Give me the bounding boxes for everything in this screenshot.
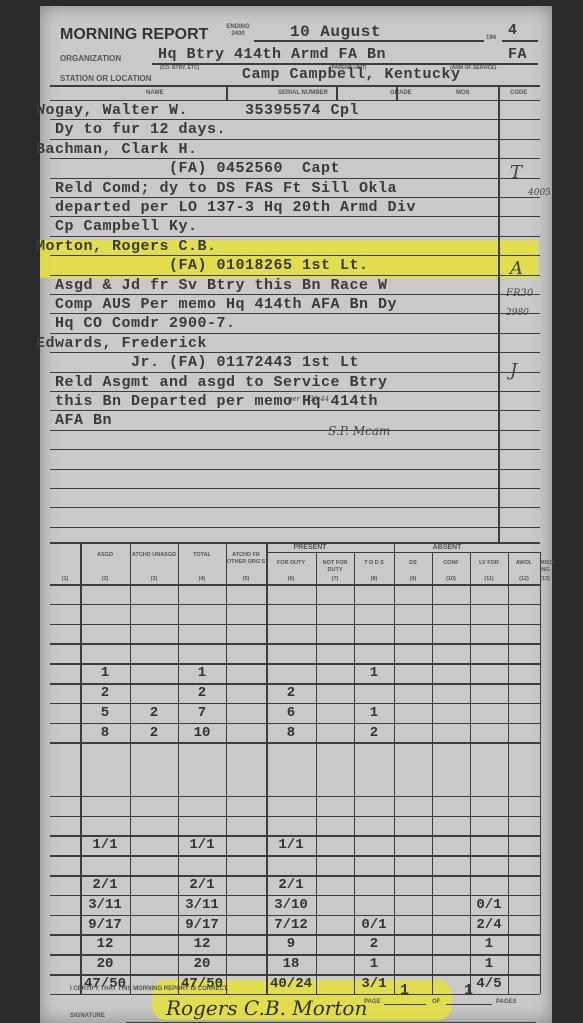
organization: Hq Btry 414th Armd FA Bn bbox=[158, 46, 386, 63]
table-cell: 2 bbox=[354, 725, 394, 741]
group-present: PRESENT bbox=[266, 544, 354, 551]
column-number: (1) bbox=[50, 576, 80, 583]
ending-label: ENDING 2400 bbox=[224, 24, 252, 38]
group-absent: ABSENT bbox=[354, 544, 540, 551]
table-cell: 9 bbox=[266, 936, 316, 952]
code-annotation: A bbox=[510, 258, 523, 279]
entry-line: Wogay, Walter W. 35395574 Cpl bbox=[36, 102, 359, 119]
table-cell: 1 bbox=[470, 936, 508, 952]
table-cell: 1/1 bbox=[178, 837, 226, 853]
column-header: LV FOR bbox=[470, 560, 508, 567]
report-date: 10 August bbox=[290, 23, 381, 41]
table-cell: 1 bbox=[178, 665, 226, 681]
column-header: ASGD bbox=[80, 552, 130, 559]
column-number: (8) bbox=[354, 576, 394, 583]
table-cell: 8 bbox=[80, 725, 130, 741]
entry-line: Edwards, Frederick bbox=[36, 335, 207, 352]
column-number: (7) bbox=[316, 576, 354, 583]
entry-line: Hq CO Comdr 2900-7. bbox=[36, 315, 236, 332]
year-prefix: 194 bbox=[486, 35, 496, 41]
entry-line: Jr. (FA) 01172443 1st Lt bbox=[36, 354, 359, 371]
table-cell: 9/17 bbox=[80, 917, 130, 933]
column-number: (11) bbox=[470, 576, 508, 583]
entry-line: Dy to fur 12 days. bbox=[36, 121, 226, 138]
table-cell: 12 bbox=[80, 936, 130, 952]
table-cell: 40/24 bbox=[266, 976, 316, 992]
code-annotation: 2980 bbox=[506, 308, 529, 318]
table-cell: 2 bbox=[130, 705, 178, 721]
page-number: 1 bbox=[400, 982, 410, 999]
table-cell: 0/1 bbox=[354, 917, 394, 933]
code-annotation: 4005 bbox=[528, 188, 551, 198]
col-serial: SERIAL NUMBER bbox=[278, 90, 328, 96]
initials: S.P. Mcam bbox=[328, 424, 390, 438]
entry-line: Comp AUS Per memo Hq 414th AFA Bn Dy bbox=[36, 296, 397, 313]
signature: Rogers C.B. Morton bbox=[166, 996, 367, 1020]
column-header: TOTAL bbox=[178, 552, 226, 559]
table-cell: 10 bbox=[178, 725, 226, 741]
entry-line: Morton, Rogers C.B. bbox=[36, 238, 217, 255]
column-header: ATCHD UNASGD bbox=[130, 552, 178, 559]
table-cell: 1 bbox=[80, 665, 130, 681]
table-cell: 1/1 bbox=[266, 837, 316, 853]
column-header: AWOL bbox=[508, 560, 540, 567]
col-mos: MOS bbox=[456, 90, 470, 96]
certify-text: I CERTIFY THAT THIS MORNING REPORT IS CO… bbox=[70, 986, 228, 992]
column-header: CONF bbox=[432, 560, 470, 567]
code-annotation: J bbox=[510, 360, 517, 381]
organization-label: ORGANIZATION bbox=[60, 54, 121, 63]
table-cell: 5 bbox=[80, 705, 130, 721]
table-cell: 4/5 bbox=[470, 976, 508, 992]
table-cell: 2/4 bbox=[470, 917, 508, 933]
entry-line: Reld Comd; dy to DS FAS Ft Sill Okla bbox=[36, 180, 397, 197]
entry-line: departed per LO 137-3 Hq 20th Armd Div bbox=[36, 199, 416, 216]
table-cell: 2 bbox=[266, 685, 316, 701]
column-number: (12) bbox=[508, 576, 540, 583]
column-header: DS bbox=[394, 560, 432, 567]
col-grade: GRADE bbox=[390, 90, 412, 96]
table-cell: 18 bbox=[266, 956, 316, 972]
org-sub-left: (CO. BTRY, ETC) bbox=[160, 65, 199, 71]
station: Camp Campbell, Kentucky bbox=[242, 66, 461, 83]
column-number: (9) bbox=[394, 576, 432, 583]
column-number: (6) bbox=[266, 576, 316, 583]
table-cell: 1 bbox=[354, 956, 394, 972]
station-label: STATION OR LOCATION bbox=[60, 74, 152, 83]
table-cell: 1 bbox=[470, 956, 508, 972]
column-header: NOT FOR DUTY bbox=[316, 560, 354, 574]
pages-total: 1 bbox=[464, 982, 474, 999]
arm-of-service: FA bbox=[508, 46, 527, 63]
column-number: (3) bbox=[130, 576, 178, 583]
table-cell: 20 bbox=[80, 956, 130, 972]
signature-label: SIGNATURE bbox=[70, 1013, 105, 1019]
code-annotation: FR30 bbox=[506, 288, 533, 299]
entry-line: (FA) 0452560 Capt bbox=[36, 160, 340, 177]
col-name: NAME bbox=[146, 90, 164, 96]
table-cell: 8 bbox=[266, 725, 316, 741]
year-suffix: 4 bbox=[508, 22, 518, 39]
table-cell: 1/1 bbox=[80, 837, 130, 853]
entry-line: AFA Bn bbox=[36, 412, 112, 429]
column-header: ATCHD FR OTHER ORG'S bbox=[226, 552, 266, 566]
col-code: CODE bbox=[510, 90, 527, 96]
column-number: (10) bbox=[432, 576, 470, 583]
table-cell: 2/1 bbox=[178, 877, 226, 893]
entry-line: (FA) 01018265 1st Lt. bbox=[36, 257, 369, 274]
table-cell: 0/1 bbox=[470, 897, 508, 913]
table-cell: 3/10 bbox=[266, 897, 316, 913]
table-cell: 3/11 bbox=[80, 897, 130, 913]
entry-line: Asgd & Jd fr Sv Btry this Bn Race W bbox=[36, 277, 388, 294]
table-cell: 2 bbox=[80, 685, 130, 701]
table-cell: 9/17 bbox=[178, 917, 226, 933]
report-title: MORNING REPORT bbox=[60, 26, 208, 44]
of-label: OF bbox=[432, 999, 440, 1005]
table-cell: 6 bbox=[266, 705, 316, 721]
entry-line: Reld Asgmt and asgd to Service Btry bbox=[36, 374, 388, 391]
column-number: (5) bbox=[226, 576, 266, 583]
table-cell: 1 bbox=[354, 665, 394, 681]
table-cell: 7/12 bbox=[266, 917, 316, 933]
table-cell: 2 bbox=[178, 685, 226, 701]
table-cell: 3/11 bbox=[178, 897, 226, 913]
handwritten-correction: per 7-30-44 bbox=[288, 395, 329, 403]
table-cell: 2 bbox=[354, 936, 394, 952]
code-annotation: T bbox=[510, 162, 522, 183]
pages-label: PAGES bbox=[496, 999, 517, 1005]
table-cell: 12 bbox=[178, 936, 226, 952]
table-cell: 7 bbox=[178, 705, 226, 721]
table-cell: 2 bbox=[130, 725, 178, 741]
column-number: (2) bbox=[80, 576, 130, 583]
column-header: T D D S bbox=[354, 560, 394, 567]
column-header: FOR DUTY bbox=[266, 560, 316, 567]
column-number: (4) bbox=[178, 576, 226, 583]
entry-line: Cp Campbell Ky. bbox=[36, 218, 198, 235]
morning-report-form: MORNING REPORT ENDING 2400 10 August 194… bbox=[40, 6, 552, 1023]
table-cell: 2/1 bbox=[80, 877, 130, 893]
table-cell: 2/1 bbox=[266, 877, 316, 893]
table-cell: 20 bbox=[178, 956, 226, 972]
table-cell: 3/1 bbox=[354, 976, 394, 992]
entry-line: Bachman, Clark H. bbox=[36, 141, 198, 158]
table-cell: 1 bbox=[354, 705, 394, 721]
